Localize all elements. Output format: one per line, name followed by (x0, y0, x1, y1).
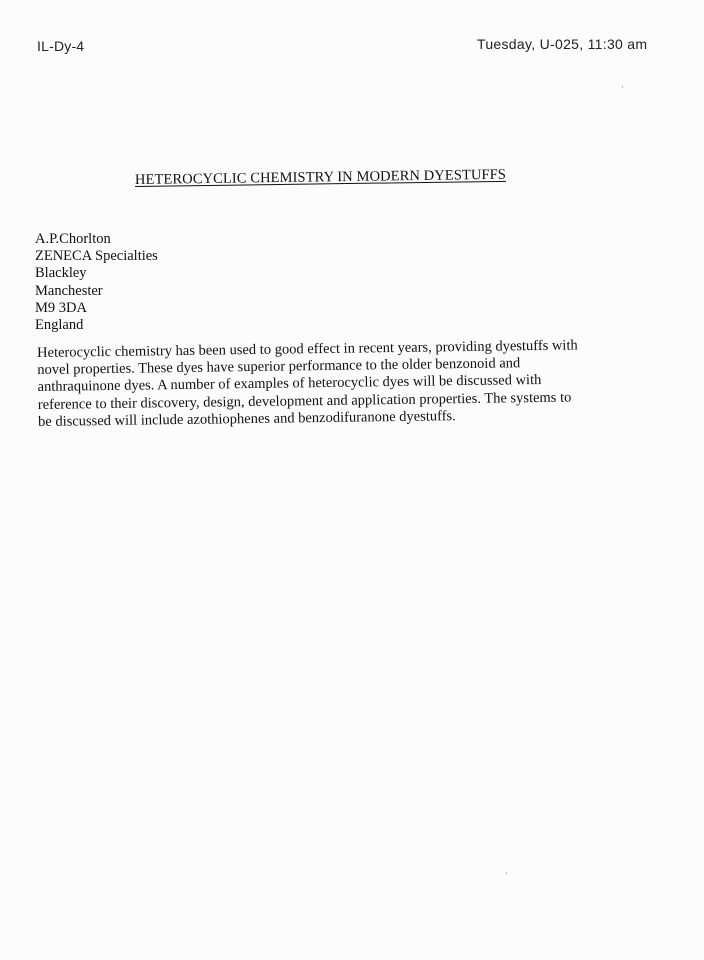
scan-speck (622, 86, 623, 88)
session-info: Tuesday, U-025, 11:30 am (477, 36, 647, 52)
author-name: A.P.Chorlton (35, 231, 158, 248)
document-title: HETEROCYCLIC CHEMISTRY IN MODERN DYESTUF… (135, 167, 506, 189)
document-code: IL-Dy-4 (37, 38, 84, 54)
author-address-block: A.P.Chorlton ZENECA Specialties Blackley… (35, 231, 158, 334)
author-locality: Blackley (35, 265, 158, 282)
author-city: Manchester (35, 283, 158, 300)
author-country: England (35, 317, 158, 334)
abstract-paragraph: Heterocyclic chemistry has been used to … (37, 336, 678, 431)
scan-speck (506, 872, 507, 874)
author-organization: ZENECA Specialties (35, 248, 158, 265)
document-page: IL-Dy-4 Tuesday, U-025, 11:30 am HETEROC… (0, 0, 704, 960)
author-postcode: M9 3DA (35, 300, 158, 317)
